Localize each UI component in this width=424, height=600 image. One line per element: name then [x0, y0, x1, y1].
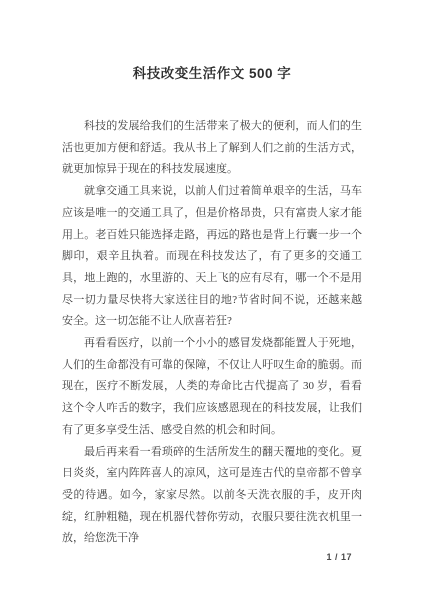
document-body: 科技的发展给我们的生活带来了极大的便利，而人们的生活也更加方便和舒适。我从书上了…	[62, 116, 362, 550]
paragraph-2: 就拿交通工具来说，以前人们过着简单艰辛的生活，马车应该是唯一的交通工具了，但是价…	[62, 181, 362, 333]
paragraph-1: 科技的发展给我们的生活带来了极大的便利，而人们的生活也更加方便和舒适。我从书上了…	[62, 116, 362, 181]
document-page: 科技改变生活作文 500 字 科技的发展给我们的生活带来了极大的便利，而人们的生…	[0, 0, 424, 600]
paragraph-3: 再看看医疗，以前一个小小的感冒发烧都能置人于死地，人们的生命都没有可靠的保障，不…	[62, 333, 362, 442]
page-number-indicator: 1 / 17	[0, 552, 352, 562]
document-title: 科技改变生活作文 500 字	[0, 0, 424, 82]
paragraph-4: 最后再来看一看琐碎的生活所发生的翻天覆地的变化。夏日炎炎，室内阵阵喜人的凉风，这…	[62, 442, 362, 551]
